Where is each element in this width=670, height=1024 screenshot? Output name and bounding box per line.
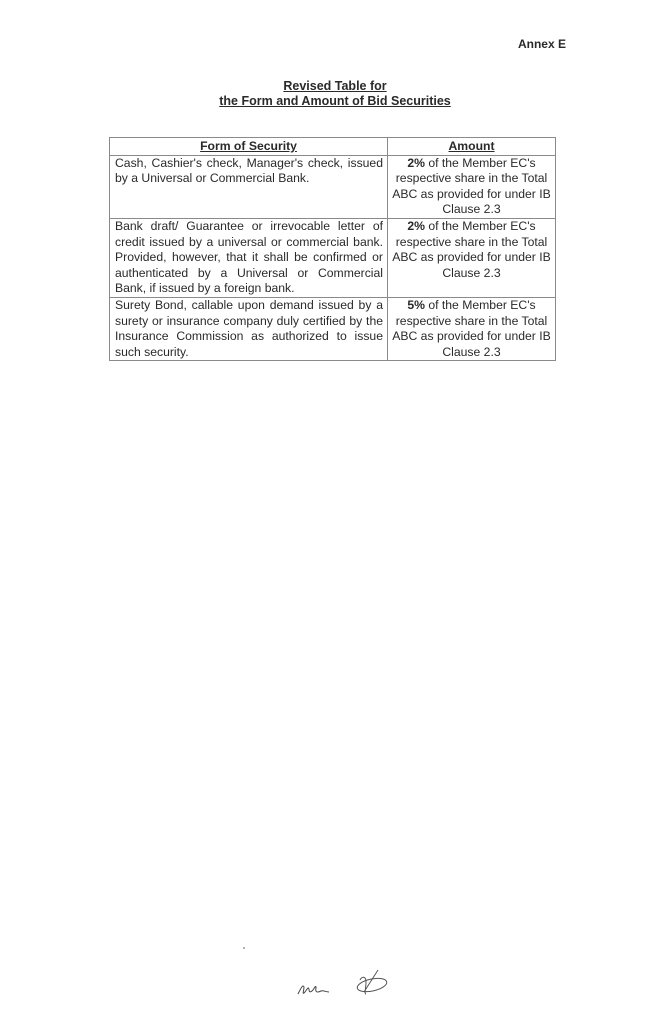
- amount-percent: 5%: [407, 298, 425, 312]
- table-row: Surety Bond, callable upon demand issued…: [110, 297, 556, 360]
- form-cell: Cash, Cashier's check, Manager's check, …: [110, 155, 388, 218]
- bid-securities-table: Form of Security Amount Cash, Cashier's …: [109, 137, 556, 361]
- column-header-form: Form of Security: [110, 138, 388, 156]
- column-header-amount: Amount: [388, 138, 556, 156]
- form-cell: Bank draft/ Guarantee or irrevocable let…: [110, 218, 388, 297]
- form-cell: Surety Bond, callable upon demand issued…: [110, 297, 388, 360]
- title-line-2: the Form and Amount of Bid Securities: [219, 94, 451, 109]
- amount-cell: 2% of the Member EC's respective share i…: [388, 218, 556, 297]
- signature-mark-icon: [354, 966, 390, 998]
- table-header-row: Form of Security Amount: [110, 138, 556, 156]
- amount-cell: 5% of the Member EC's respective share i…: [388, 297, 556, 360]
- table-row: Cash, Cashier's check, Manager's check, …: [110, 155, 556, 218]
- scan-speck: [243, 947, 245, 949]
- table-row: Bank draft/ Guarantee or irrevocable let…: [110, 218, 556, 297]
- annex-label: Annex E: [518, 37, 566, 51]
- signature-initials-icon: [296, 978, 332, 998]
- document-title: Revised Table for the Form and Amount of…: [0, 79, 670, 109]
- amount-percent: 2%: [407, 219, 425, 233]
- amount-cell: 2% of the Member EC's respective share i…: [388, 155, 556, 218]
- title-line-1: Revised Table for: [283, 79, 386, 94]
- amount-percent: 2%: [407, 156, 425, 170]
